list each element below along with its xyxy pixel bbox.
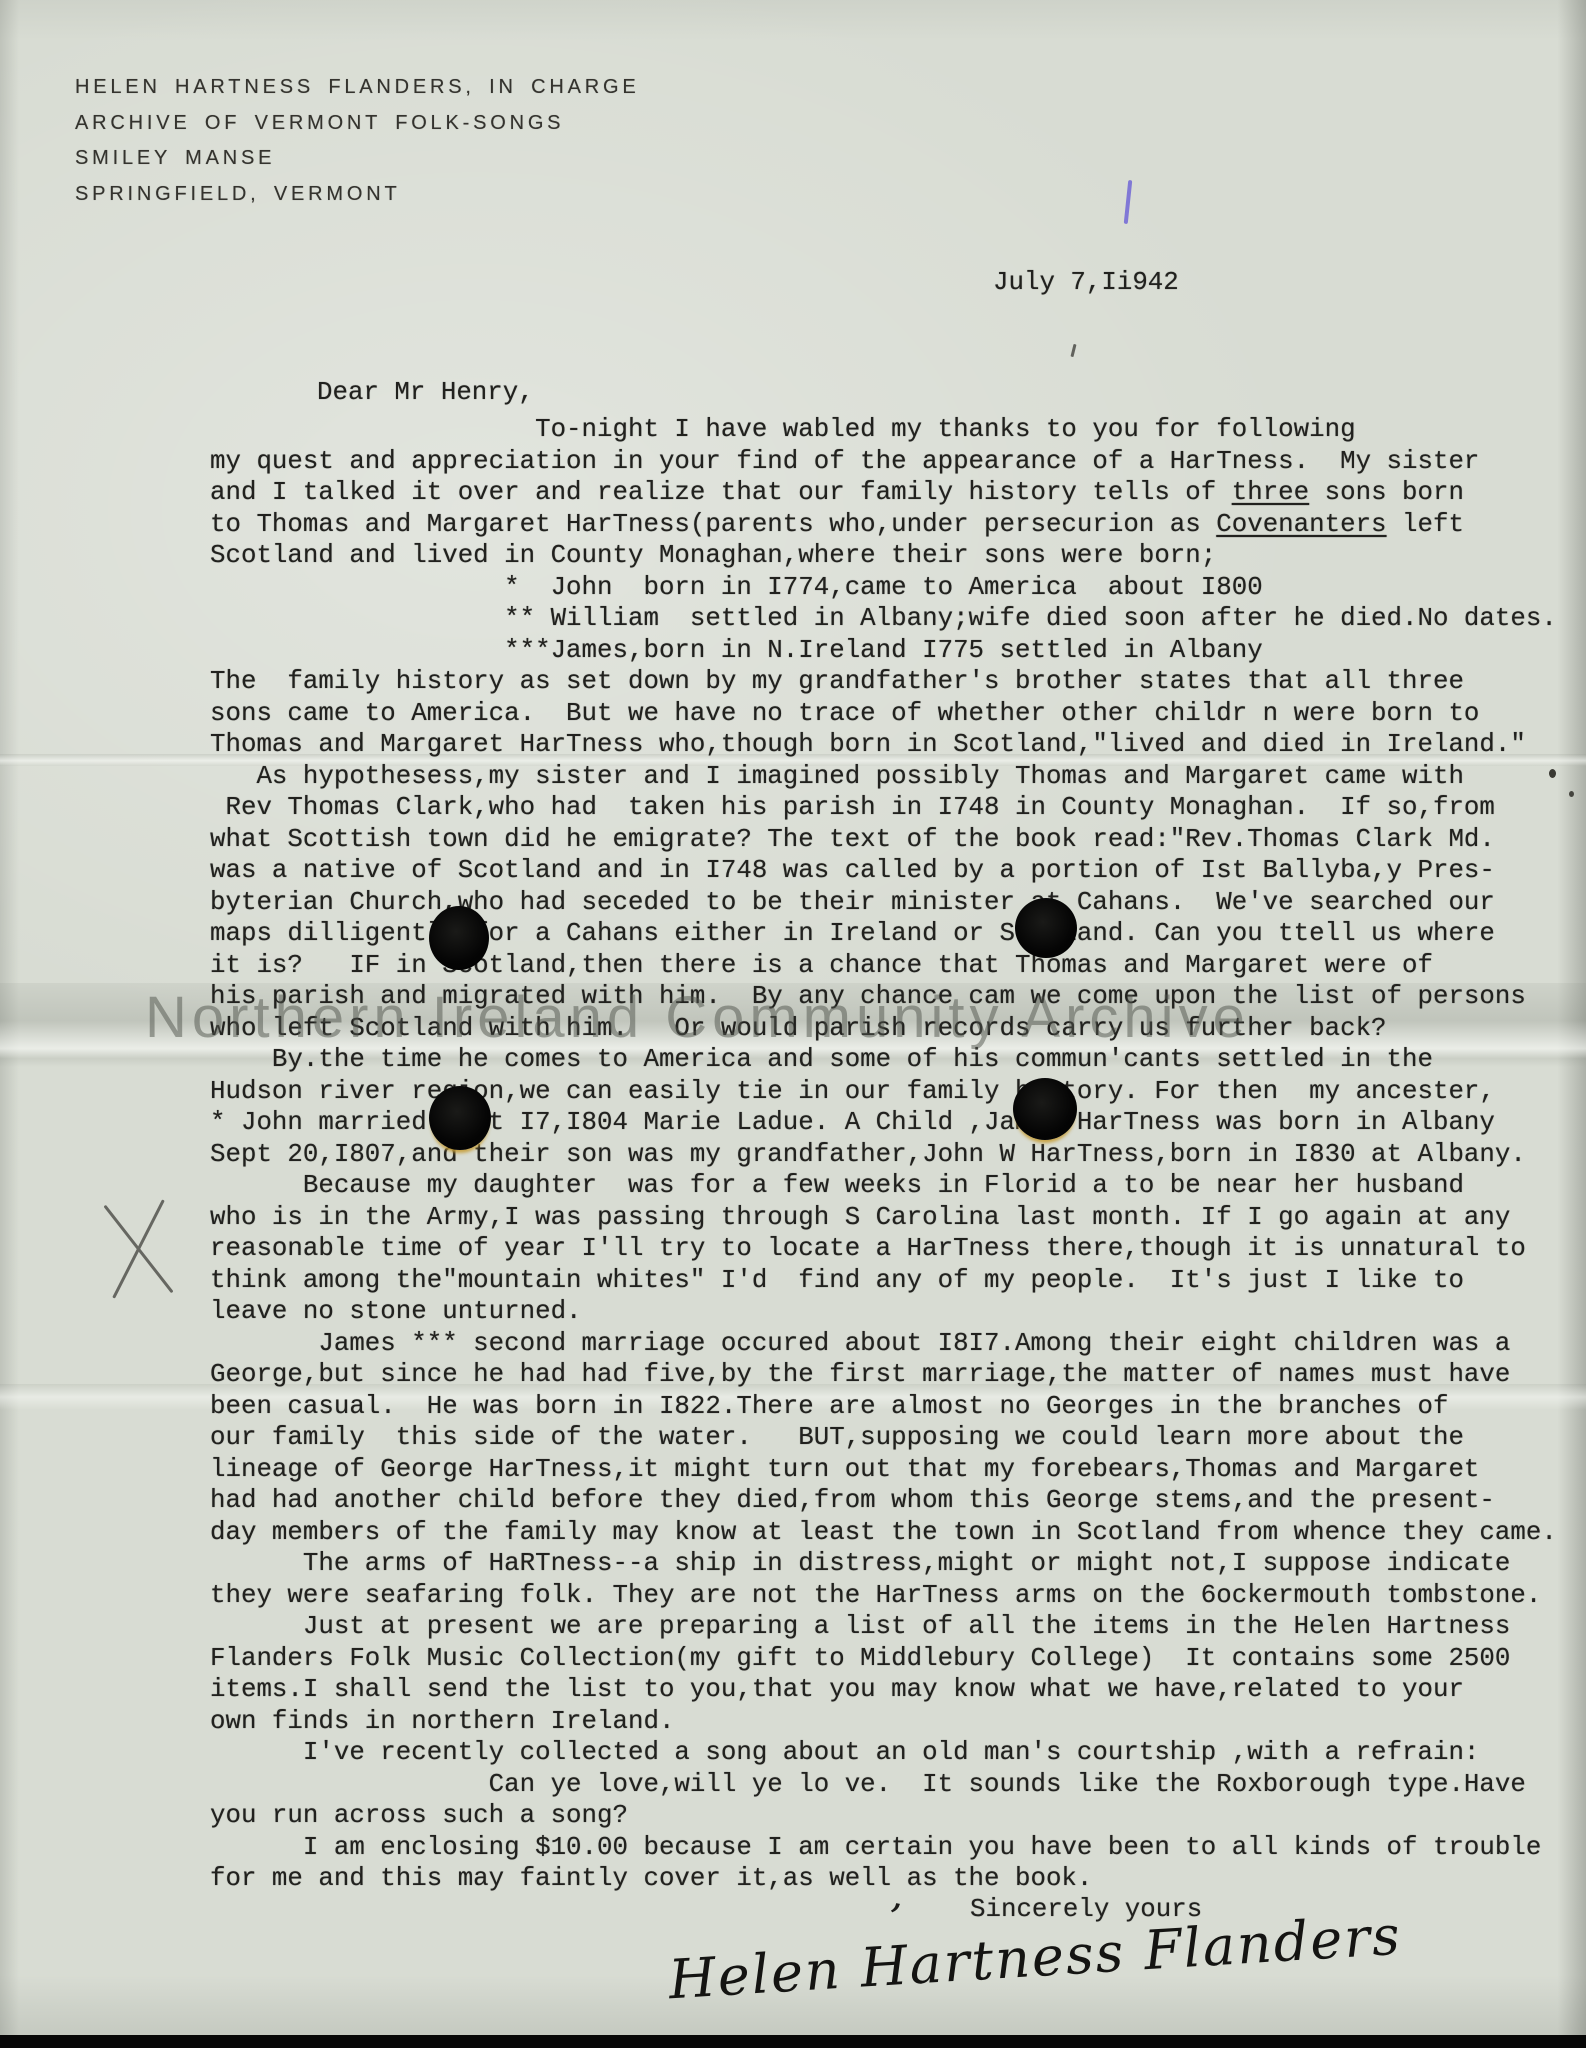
letter-line: Rev Thomas Clark,who had taken his paris… [210, 792, 1557, 824]
letterhead-line: ARCHIVE OF VERMONT FOLK-SONGS [75, 106, 639, 142]
letter-line: items.I shall send the list to you,that … [210, 1674, 1557, 1706]
scan-edge-bottom [0, 2035, 1586, 2048]
punch-hole [429, 1086, 491, 1150]
dust-speck [1569, 791, 1574, 797]
letter-line: who is in the Army,I was passing through… [210, 1202, 1557, 1234]
letter-line: reasonable time of year I'll try to loca… [210, 1233, 1557, 1265]
dust-speck [1549, 769, 1556, 778]
letter-line: James *** second marriage occured about … [210, 1328, 1557, 1360]
letter-line: Hudson river region,we can easily tie in… [210, 1076, 1557, 1108]
letter-line: think among the"mountain whites" I'd fin… [210, 1265, 1557, 1297]
letter-line: had had another child before they died,f… [210, 1485, 1557, 1517]
letter-line: Thomas and Margaret HarTness who,though … [210, 729, 1557, 761]
letter-line: they were seafaring folk. They are not t… [210, 1580, 1557, 1612]
punch-hole [1015, 898, 1077, 958]
letter-line: ** William settled in Albany;wife died s… [210, 603, 1557, 635]
letter-line: what Scottish town did he emigrate? The … [210, 824, 1557, 856]
letterhead-line: SPRINGFIELD, VERMONT [75, 177, 639, 213]
letter-line: sons came to America. But we have no tra… [210, 698, 1557, 730]
letter-line: been casual. He was born in I822.There a… [210, 1391, 1557, 1423]
watermark-overlay: Northern Ireland Community Archive [145, 984, 1250, 1051]
punch-hole [1013, 1078, 1077, 1140]
date-line: July 7,Ii942 [993, 268, 1179, 297]
letter-line: leave no stone unturned. [210, 1296, 1557, 1328]
letter-line: The arms of HaRTness--a ship in distress… [210, 1548, 1557, 1580]
letter-line: byterian Church,who had seceded to be th… [210, 887, 1557, 919]
letterhead: HELEN HARTNESS FLANDERS, IN CHARGEARCHIV… [75, 70, 639, 212]
letter-line: own finds in northern Ireland. [210, 1706, 1557, 1738]
punch-hole [429, 906, 489, 970]
letter-line: maps dilligently for a Cahans either in … [210, 918, 1557, 950]
pen-mark [1124, 180, 1133, 224]
pencil-x-mark [103, 1198, 175, 1300]
letter-line: lineage of George HarTness,it might turn… [210, 1454, 1557, 1486]
letter-line: I am enclosing $10.00 because I am certa… [210, 1832, 1557, 1864]
letter-line: it is? IF in Scotland,then there is a ch… [210, 950, 1557, 982]
ink-tick-mark [1070, 344, 1076, 357]
letter-line: George,but since he had had five,by the … [210, 1359, 1557, 1391]
letter-line: ***James,born in N.Ireland I775 settled … [210, 635, 1557, 667]
letter-line: * John born in I774,came to America abou… [210, 572, 1557, 604]
letter-line: Sept 20,I807,and their son was my grandf… [210, 1139, 1557, 1171]
letter-paper: HELEN HARTNESS FLANDERS, IN CHARGEARCHIV… [0, 0, 1586, 2036]
salutation: Dear Mr Henry, [317, 378, 534, 407]
letter-line: and I talked it over and realize that ou… [210, 477, 1557, 509]
letter-line: Flanders Folk Music Collection(my gift t… [210, 1643, 1557, 1675]
letterhead-line: SMILEY MANSE [75, 141, 639, 177]
letterhead-line: HELEN HARTNESS FLANDERS, IN CHARGE [75, 70, 639, 106]
scanned-letter-page: HELEN HARTNESS FLANDERS, IN CHARGEARCHIV… [0, 0, 1586, 2048]
letter-line: for me and this may faintly cover it,as … [210, 1863, 1557, 1895]
letter-body: To-night I have wabled my thanks to you … [210, 414, 1557, 1895]
letter-line: To-night I have wabled my thanks to you … [210, 414, 1557, 446]
letter-line: was a native of Scotland and in I748 was… [210, 855, 1557, 887]
letter-line: Just at present we are preparing a list … [210, 1611, 1557, 1643]
letter-line: to Thomas and Margaret HarTness(parents … [210, 509, 1557, 541]
letter-line: my quest and appreciation in your find o… [210, 446, 1557, 478]
letter-line: As hypothesess,my sister and I imagined … [210, 761, 1557, 793]
letter-line: The family history as set down by my gra… [210, 666, 1557, 698]
letter-line: day members of the family may know at le… [210, 1517, 1557, 1549]
letter-line: I've recently collected a song about an … [210, 1737, 1557, 1769]
letter-line: Because my daughter was for a few weeks … [210, 1170, 1557, 1202]
letter-line: you run across such a song? [210, 1800, 1557, 1832]
letter-line: Scotland and lived in County Monaghan,wh… [210, 540, 1557, 572]
letter-line: * John married Sept I7,I804 Marie Ladue.… [210, 1107, 1557, 1139]
letter-line: Can ye love,will ye lo ve. It sounds lik… [210, 1769, 1557, 1801]
letter-line: our family this side of the water. BUT,s… [210, 1422, 1557, 1454]
